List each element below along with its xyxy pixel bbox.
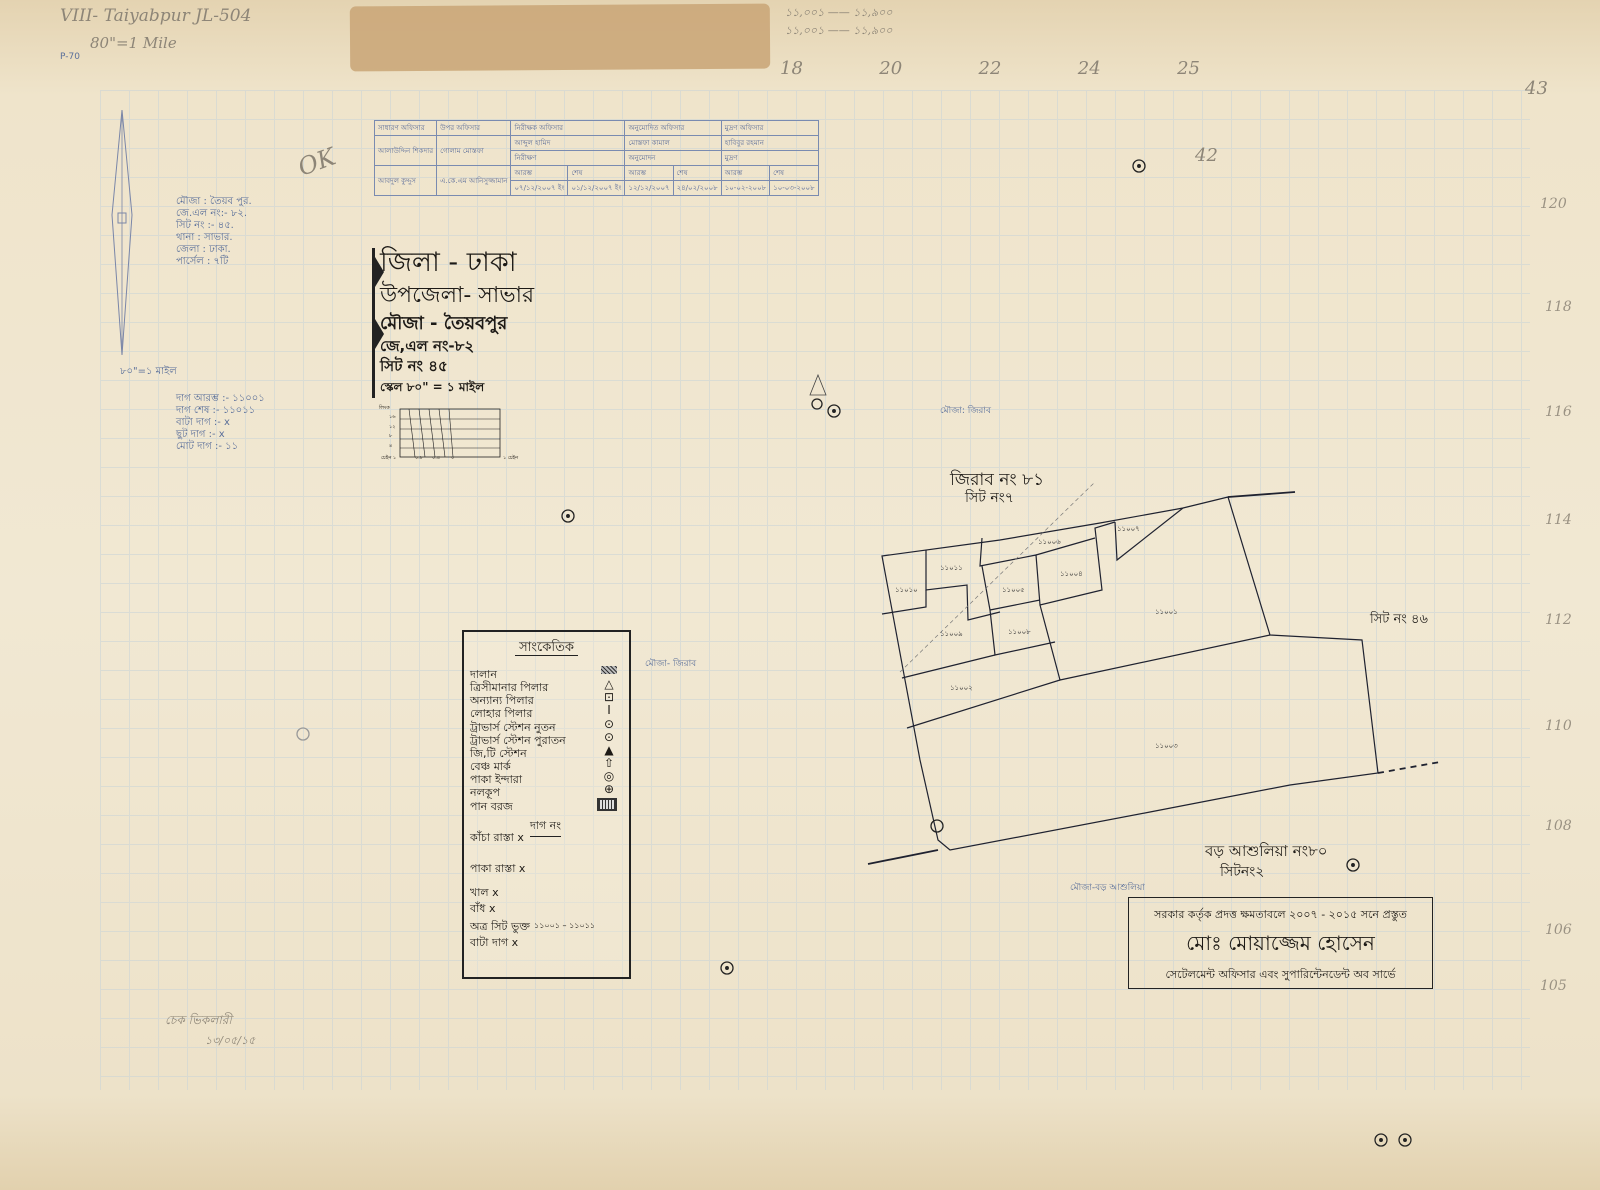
plot-number: ১১০০৯ bbox=[940, 628, 963, 640]
parcel-map bbox=[0, 0, 1600, 1190]
plot-number: ১১০০৪ bbox=[1060, 568, 1083, 580]
margin-number: 114 bbox=[1545, 512, 1572, 528]
check-note: চেক ভিকলারী bbox=[165, 1012, 232, 1032]
margin-number: 116 bbox=[1545, 404, 1572, 420]
margin-number: 105 bbox=[1540, 978, 1567, 994]
neighbor-east-sheet: সিট নং ৪৬ bbox=[1370, 610, 1428, 631]
plot-number: ১১০১০ bbox=[895, 584, 918, 596]
margin-number: 120 bbox=[1540, 196, 1567, 212]
mouza-label-north: মৌজা: জিরাব bbox=[940, 403, 991, 418]
plot-number: ১১০০২ bbox=[950, 682, 973, 694]
neighbor-north-sheet: সিট নং৭ bbox=[965, 486, 1014, 510]
certificate-box: সরকার কর্তৃক প্রদত্ত ক্ষমতাবলে ২০০৭ - ২০… bbox=[1128, 897, 1433, 989]
margin-number: 106 bbox=[1545, 922, 1572, 938]
cert-line3: সেটেলমেন্ট অফিসার এবং সুপারিন্টেনডেন্ট অ… bbox=[1129, 966, 1432, 985]
mouza-label-south: মৌজা-বড় আশুলিয়া bbox=[1070, 880, 1145, 895]
plot-number: ১১০০৫ bbox=[1002, 584, 1025, 596]
plot-number: ১১০০৬ bbox=[1038, 536, 1061, 548]
neighbor-south-sheet: সিটনং২ bbox=[1220, 860, 1264, 884]
plot-number: ১১০০১ bbox=[1155, 606, 1178, 618]
cert-signature: মোঃ মোয়াজ্জেম হোসেন bbox=[1129, 929, 1432, 962]
cert-line1: সরকার কর্তৃক প্রদত্ত ক্ষমতাবলে ২০০৭ - ২০… bbox=[1129, 906, 1432, 925]
plot-number: ১১০০৮ bbox=[1008, 626, 1031, 638]
margin-number: 110 bbox=[1545, 718, 1572, 734]
margin-number: 108 bbox=[1545, 818, 1572, 834]
check-date: ১৩/০৫/১৫ bbox=[205, 1032, 255, 1051]
plot-number: ১১০১১ bbox=[940, 562, 963, 574]
margin-number: 118 bbox=[1545, 299, 1572, 315]
margin-number: 112 bbox=[1545, 612, 1572, 628]
plot-number: ১১০০৭ bbox=[1117, 523, 1140, 535]
plot-number: ১১০০৩ bbox=[1155, 740, 1178, 752]
mouza-label-west: মৌজা- জিরাব bbox=[645, 656, 696, 671]
